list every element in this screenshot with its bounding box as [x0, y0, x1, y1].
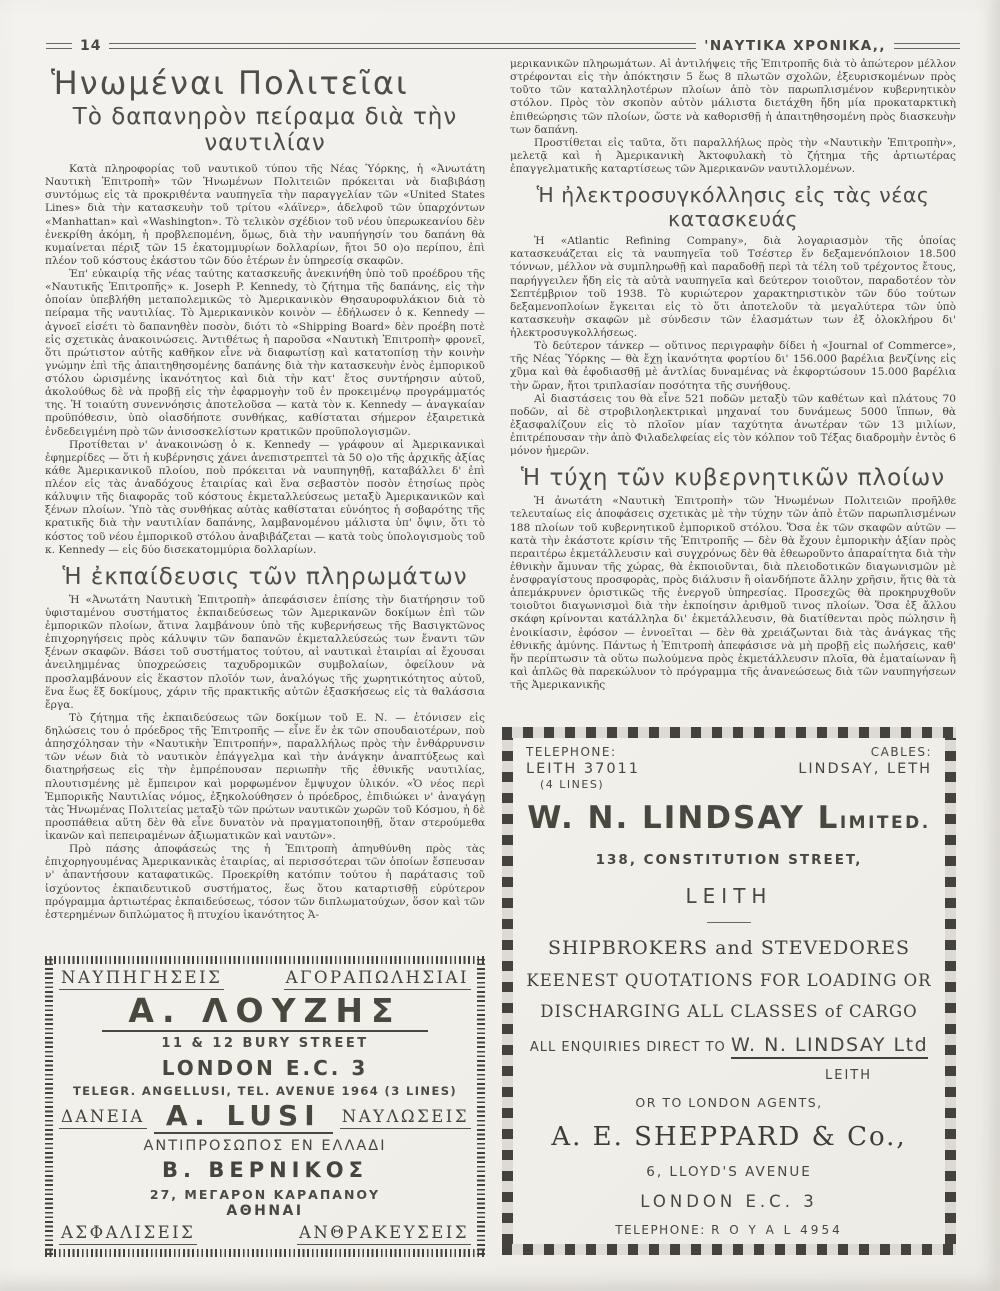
- lusi-mid-row: ΔΑΝΕΙΑ A. LUSI ΝΑΥΛΩΣΕΙΣ: [59, 1102, 471, 1134]
- label-coaling: ΑΝΘΡΑΚΕΥΣΕΙΣ: [297, 1223, 471, 1245]
- article-paragraph: Τὸ δεύτερον τάνκερ — οὕτινος περιγραφὴν …: [510, 340, 956, 393]
- checker-border-left: [502, 738, 513, 1244]
- lusi-representative-line: ΑΝΤΙΠΡΟΣΩΠΟΣ ΕΝ ΕΛΛΑΔΙ: [59, 1138, 471, 1154]
- lindsay-quote-line2: DISCHARGING ALL CLASSES of CARGO: [526, 1002, 932, 1021]
- lusi-telegraph-line: TELEGR. ANGELLUSI, TEL. AVENUE 1964 (3 L…: [59, 1084, 471, 1098]
- masthead-title: 'ΝΑΥΤΙΚΑ ΧΡΟΝΙΚΑ,,: [704, 38, 886, 54]
- lusi-name-latin: A. LUSI: [154, 1102, 333, 1134]
- article-paragraph: Ἡ ἀνωτάτη «Ναυτικὴ Ἐπιτροπὴ» τῶν Ἡνωμένω…: [510, 495, 956, 692]
- comb-border-right: [477, 958, 485, 1255]
- lusi-bottom-labels: ΑΣΦΑΛΙΣΕΙΣ ΑΝΘΡΑΚΕΥΣΕΙΣ: [59, 1223, 471, 1245]
- lindsay-cables-block: CABLES: LINDSAY, LETH: [798, 745, 932, 791]
- lindsay-telephone-block: TELEPHONE: LEITH 37011 (4 LINES): [526, 745, 640, 791]
- cables-label: CABLES:: [798, 745, 932, 759]
- label-insurance: ΑΣΦΑΛΙΣΕΙΣ: [59, 1223, 197, 1245]
- lindsay-agents-line: OR TO LONDON AGENTS,: [526, 1095, 932, 1110]
- agent-street: 6, LLOYD'S AVENUE: [526, 1164, 932, 1180]
- section-heading-fate: Ἡ τύχη τῶν κυβερνητικῶν πλοίων: [510, 465, 956, 491]
- header-rule-right: [894, 43, 960, 49]
- lusi-name-greek: Α. ΛΟΥΖΗΣ: [102, 994, 427, 1032]
- lindsay-trade-line: SHIPBROKERS and STEVEDORES: [526, 937, 932, 959]
- article-paragraph: Ἡ «Atlantic Refining Company», διὰ λογαρ…: [510, 235, 956, 340]
- label-charters: ΝΑΥΛΩΣΕΙΣ: [340, 1107, 471, 1129]
- lindsay-enquiries-city: LEITH: [526, 1068, 932, 1083]
- section-heading-welding: Ἡ ἠλεκτροσυγκόλλησις εἰς τὰς νέας κατασκ…: [510, 183, 956, 231]
- label-shipbuilding: ΝΑΥΠΗΓΗΣΕΙΣ: [59, 968, 224, 990]
- right-column: μερικανικῶν πληρωμάτων. Αἱ ἀντιλήψεις τῆ…: [510, 58, 956, 722]
- lusi-address-street: 11 & 12 BURY STREET: [59, 1036, 471, 1051]
- lindsay-street: 138, CONSTITUTION STREET,: [526, 852, 932, 868]
- label-loans: ΔΑΝΕΙΑ: [59, 1107, 147, 1129]
- left-column: Ἡνωμέναι Πολιτεῖαι Τὸ δαπανηρὸν πείραμα …: [45, 64, 485, 950]
- article-paragraph: Ἐπ' εὐκαιρίᾳ τῆς νέας ταύτης κατασκευῆς …: [45, 268, 485, 439]
- lindsay-advertisement: TELEPHONE: LEITH 37011 (4 LINES) CABLES:…: [502, 727, 956, 1255]
- article-paragraph: Ἡ «Ἀνωτάτη Ναυτικὴ Ἐπιτροπὴ» ἀπεφάσισεν …: [45, 594, 485, 712]
- article-paragraph: Αἱ διαστάσεις του θὰ εἶνε 521 ποδῶν μετα…: [510, 393, 956, 459]
- telephone-label: TELEPHONE:: [526, 745, 640, 759]
- enquiries-company: W. N. LINDSAY Ltd: [731, 1034, 928, 1059]
- lindsay-contact-row: TELEPHONE: LEITH 37011 (4 LINES) CABLES:…: [526, 745, 932, 791]
- agent-telephone-value: R O Y A L 4954: [711, 1223, 843, 1237]
- label-sale-purchase: ΑΓΟΡΑΠΩΛΗΣΙΑΙ: [284, 968, 471, 990]
- lindsay-company-name: W. N. LINDSAY LIMITED.: [526, 803, 932, 834]
- agent-telephone-label: TELEPHONE:: [615, 1223, 706, 1237]
- article-subtitle: Τὸ δαπανηρὸν πείραμα διὰ τὴν ναυτιλίαν: [45, 104, 485, 156]
- header-rule-left: [46, 43, 72, 49]
- agent-telephone: TELEPHONE: R O Y A L 4954: [526, 1223, 932, 1237]
- lindsay-ad-content: TELEPHONE: LEITH 37011 (4 LINES) CABLES:…: [526, 745, 932, 1237]
- article-paragraph: μερικανικῶν πληρωμάτων. Αἱ ἀντιλήψεις τῆ…: [510, 58, 956, 137]
- lusi-representative-name: Β. ΒΕΡΝΙΚΟΣ: [59, 1158, 471, 1182]
- comb-border-top: [45, 956, 485, 964]
- article-paragraph: Πρὸ πάσης ἀποφάσεώς της ἡ Ἐπιτροπὴ ἀπηυθ…: [45, 843, 485, 922]
- agent-city: LONDON E.C. 3: [526, 1192, 932, 1211]
- lusi-ad-content: ΝΑΥΠΗΓΗΣΕΙΣ ΑΓΟΡΑΠΩΛΗΣΙΑΙ Α. ΛΟΥΖΗΣ 11 &…: [59, 968, 471, 1245]
- page-header: 14 'ΝΑΥΤΙΚΑ ΧΡΟΝΙΚΑ,,: [46, 38, 960, 54]
- enquiries-prefix: ALL ENQUIRIES DIRECT TO: [530, 1040, 726, 1055]
- divider-rule: [707, 922, 751, 923]
- lindsay-city: LEITH: [526, 884, 932, 908]
- company-suffix: LIMITED.: [818, 803, 931, 834]
- section-heading-crews: Ἡ ἐκπαίδευσις τῶν πληρωμάτων: [45, 564, 485, 590]
- article-paragraph: Προστίθεται εἰς ταῦτα, ὅτι παραλλήλως πρ…: [510, 137, 956, 176]
- article-title: Ἡνωμέναι Πολιτεῖαι: [51, 64, 485, 102]
- article-paragraph: Κατὰ πληροφορίας τοῦ ναυτικοῦ τύπου τῆς …: [45, 163, 485, 268]
- comb-border-bottom: [45, 1249, 485, 1257]
- lusi-representative-city: ΑΘΗΝΑΙ: [59, 1203, 471, 1219]
- lusi-top-labels: ΝΑΥΠΗΓΗΣΕΙΣ ΑΓΟΡΑΠΩΛΗΣΙΑΙ: [59, 968, 471, 990]
- comb-border-left: [45, 958, 53, 1255]
- header-rule-center: [109, 43, 696, 49]
- telephone-lines: (4 LINES): [540, 778, 640, 791]
- lusi-address-city: LONDON E.C. 3: [59, 1056, 471, 1080]
- article-paragraph: Προτίθεται ν' ἀνακοινώσῃ ὁ κ. Kennedy — …: [45, 439, 485, 557]
- article-paragraph: Τὸ ζήτημα τῆς ἐκπαιδεύσεως τῶν δοκίμων τ…: [45, 712, 485, 843]
- agent-name: A. E. SHEPPARD & Co.,: [526, 1122, 932, 1152]
- cables-value: LINDSAY, LETH: [798, 761, 932, 777]
- lusi-advertisement: ΝΑΥΠΗΓΗΣΕΙΣ ΑΓΟΡΑΠΩΛΗΣΙΑΙ Α. ΛΟΥΖΗΣ 11 &…: [45, 956, 485, 1257]
- checker-border-top: [502, 727, 956, 738]
- checker-border-right: [945, 738, 956, 1244]
- page-number: 14: [80, 38, 101, 54]
- telephone-value: LEITH 37011: [526, 761, 640, 777]
- checker-border-bottom: [502, 1244, 956, 1255]
- lusi-representative-address: 27, ΜΕΓΑΡΟΝ ΚΑΡΑΠΑΝΟΥ: [59, 1187, 471, 1202]
- lindsay-enquiries-line: ALL ENQUIRIES DIRECT TO W. N. LINDSAY Lt…: [526, 1034, 932, 1056]
- magazine-page: 14 'ΝΑΥΤΙΚΑ ΧΡΟΝΙΚΑ,, Ἡνωμέναι Πολιτεῖαι…: [0, 0, 1000, 1291]
- lindsay-quote-line1: KEENEST QUOTATIONS FOR LOADING OR: [526, 971, 932, 990]
- company-main: W. N. LINDSAY: [527, 800, 805, 836]
